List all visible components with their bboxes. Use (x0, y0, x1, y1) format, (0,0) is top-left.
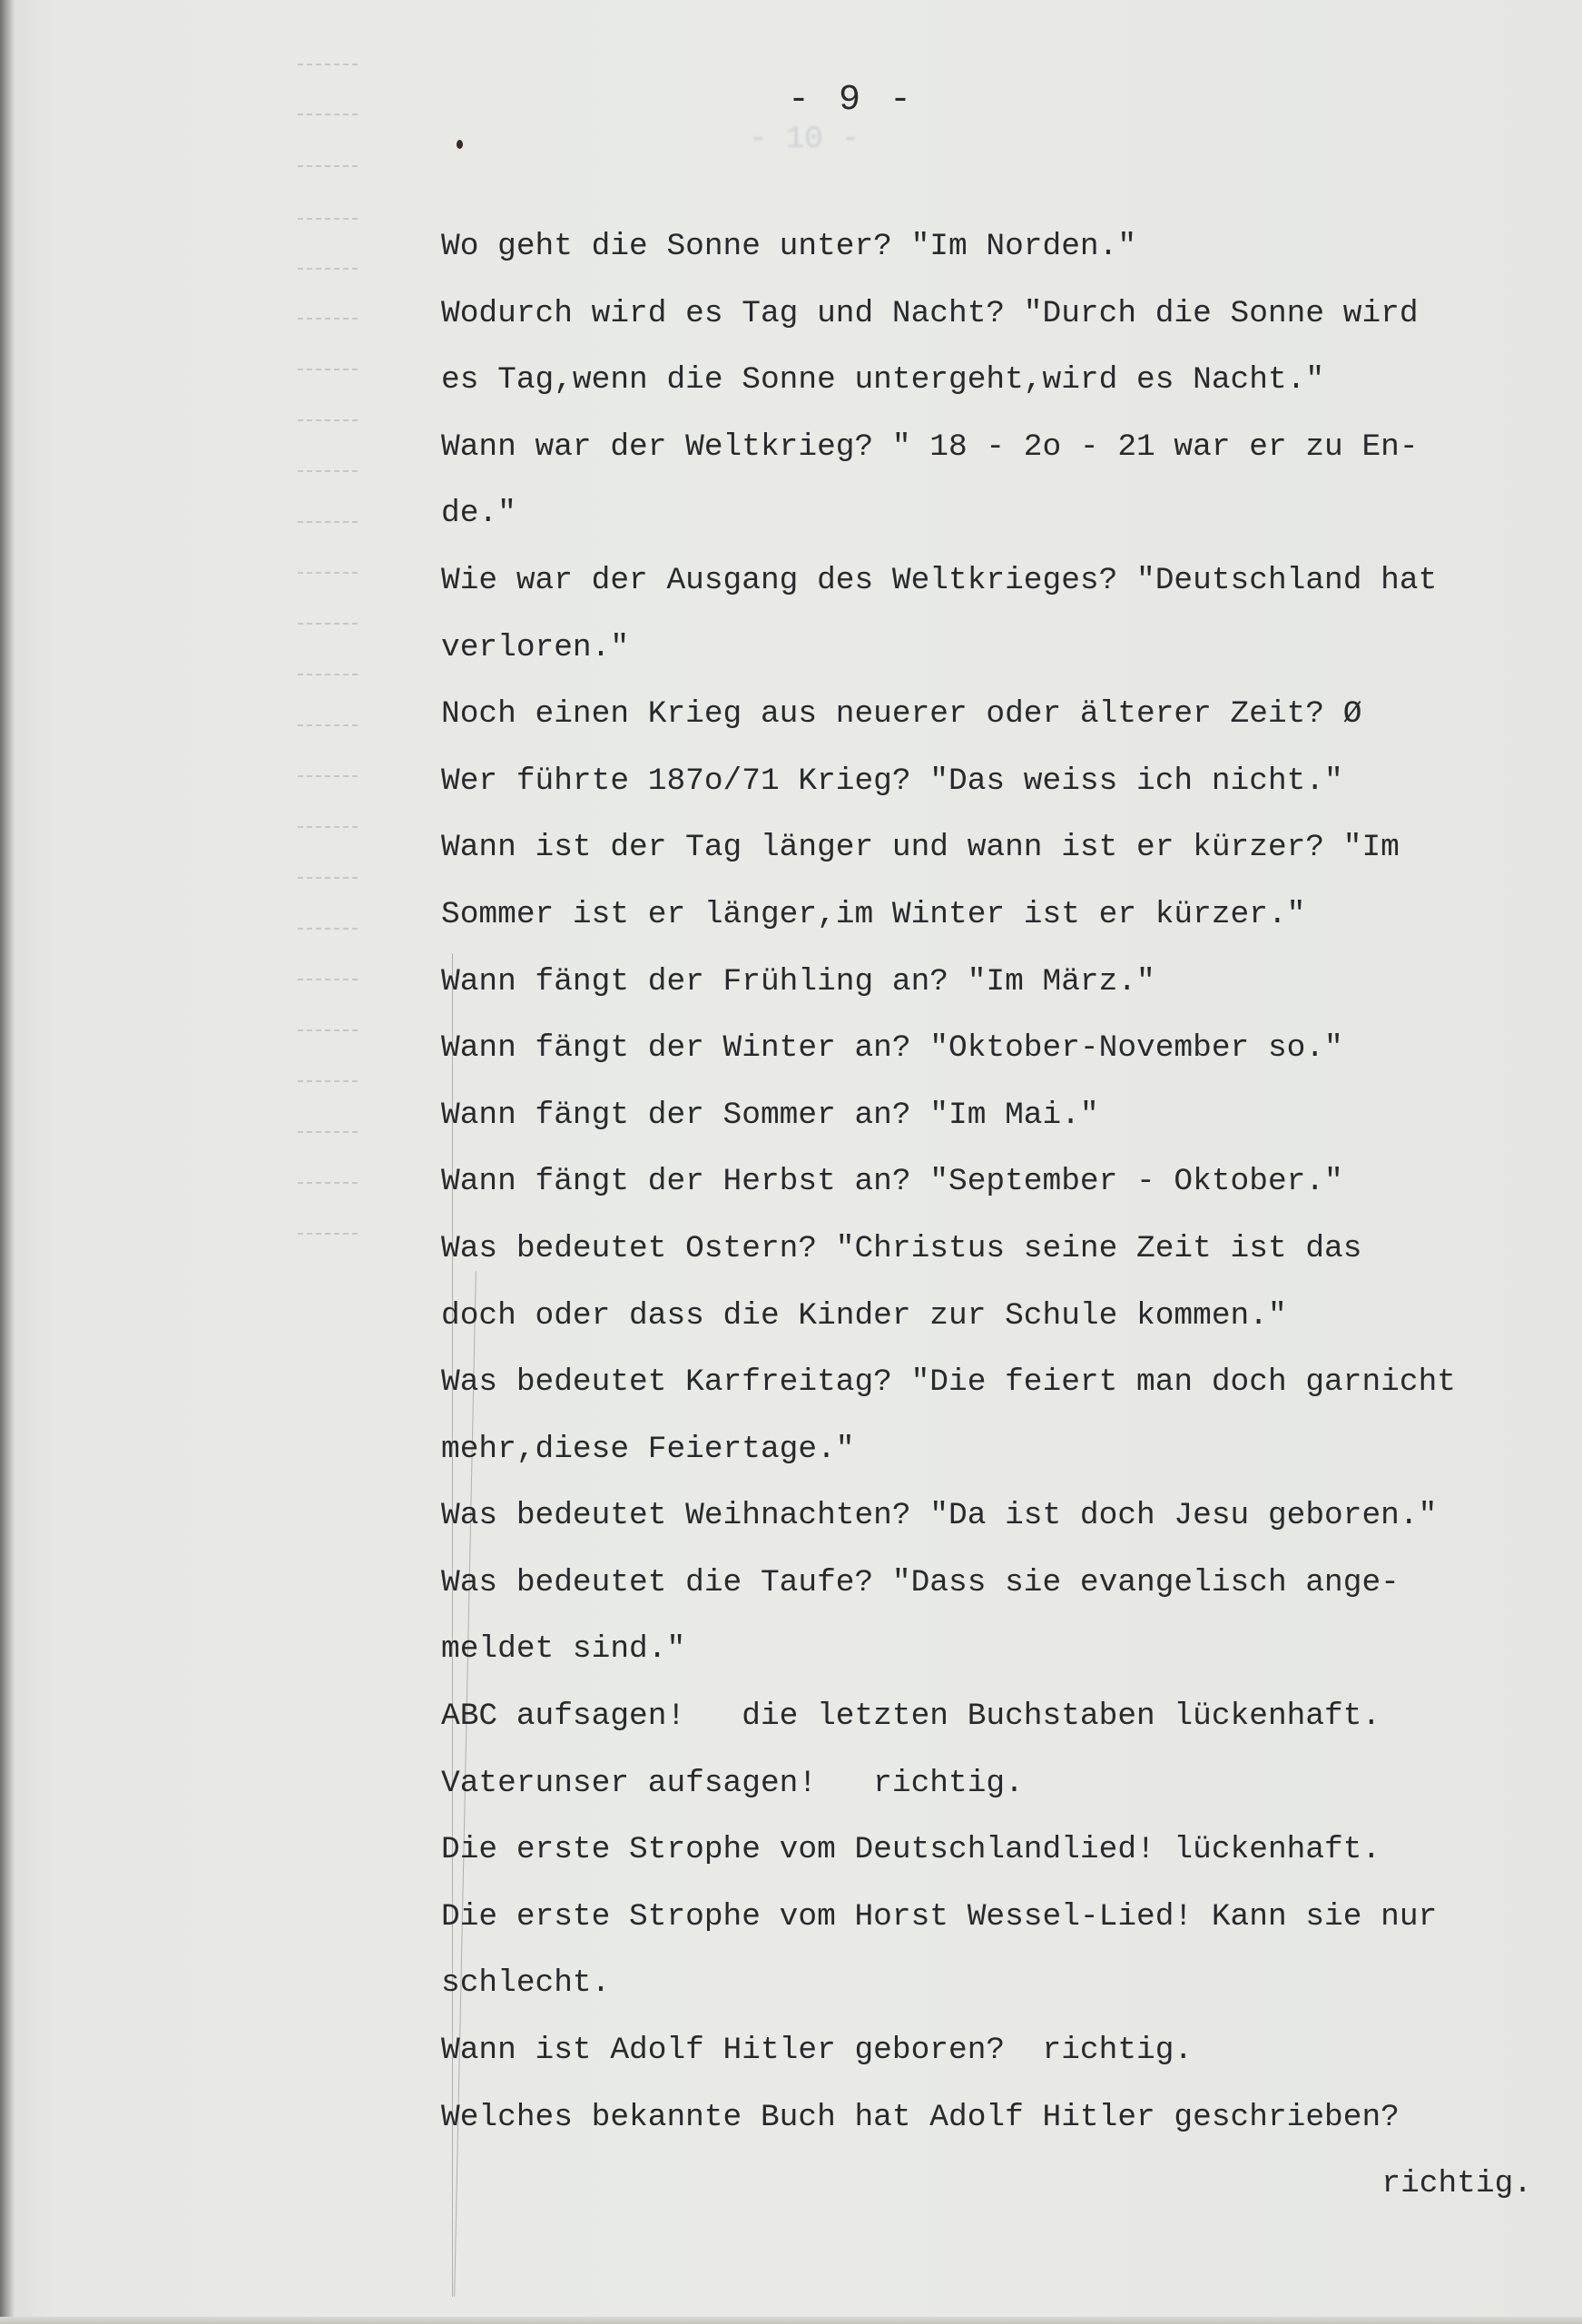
text-line: Wann fängt der Sommer an? "Im Mai." (441, 1082, 1576, 1149)
text-line: Wann war der Weltkrieg? " 18 - 2o - 21 w… (441, 414, 1576, 481)
paper-bottom-edge (0, 2317, 1582, 2324)
text-line: ABC aufsagen! die letzten Buchstaben lüc… (441, 1683, 1576, 1750)
typewritten-body: Wo geht die Sonne unter? "Im Norden." Wo… (441, 213, 1576, 2218)
text-line: Vaterunser aufsagen! richtig. (441, 1750, 1576, 1817)
text-line: Wann fängt der Winter an? "Oktober-Novem… (441, 1015, 1576, 1082)
text-line: Wann ist der Tag länger und wann ist er … (441, 814, 1576, 881)
text-line: Die erste Strophe vom Deutschlandlied! l… (441, 1817, 1576, 1884)
text-line: Was bedeutet Ostern? "Christus seine Zei… (441, 1216, 1576, 1283)
text-line: Welches bekannte Buch hat Adolf Hitler g… (441, 2084, 1576, 2152)
text-line: schlecht. (441, 1950, 1576, 2017)
text-line-right-aligned: richtig. (441, 2151, 1576, 2218)
text-line: mehr,diese Feiertage." (441, 1416, 1576, 1483)
text-line: Wer führte 187o/71 Krieg? "Das weiss ich… (441, 748, 1576, 815)
ink-dot (457, 140, 463, 149)
text-line: Was bedeutet die Taufe? "Dass sie evange… (441, 1550, 1576, 1617)
text-line: verloren." (441, 615, 1576, 682)
text-line: Wodurch wird es Tag und Nacht? "Durch di… (441, 281, 1576, 348)
text-line: es Tag,wenn die Sonne untergeht,wird es … (441, 347, 1576, 414)
text-line: Was bedeutet Karfreitag? "Die feiert man… (441, 1349, 1576, 1416)
text-line: Wie war der Ausgang des Weltkrieges? "De… (441, 547, 1576, 615)
text-line: Noch einen Krieg aus neuerer oder ältere… (441, 681, 1576, 748)
page-number: - 9 - (788, 80, 915, 121)
paper-page: - 10 - - 9 - Wo geht die Sonne unter? "I… (0, 0, 1582, 2324)
text-line: de." (441, 480, 1576, 547)
text-line: Wo geht die Sonne unter? "Im Norden." (441, 213, 1576, 281)
text-line: Die erste Strophe vom Horst Wessel-Lied!… (441, 1884, 1576, 1951)
text-line: Sommer ist er länger,im Winter ist er kü… (441, 881, 1576, 949)
text-line: meldet sind." (441, 1616, 1576, 1683)
text-line: Was bedeutet Weihnachten? "Da ist doch J… (441, 1482, 1576, 1550)
text-line: Wann ist Adolf Hitler geboren? richtig. (441, 2017, 1576, 2084)
text-line: Wann fängt der Herbst an? "September - O… (441, 1148, 1576, 1216)
text-line: doch oder dass die Kinder zur Schule kom… (441, 1283, 1576, 1350)
margin-ruler-marks (298, 64, 379, 2152)
text-line: Wann fängt der Frühling an? "Im März." (441, 949, 1576, 1016)
